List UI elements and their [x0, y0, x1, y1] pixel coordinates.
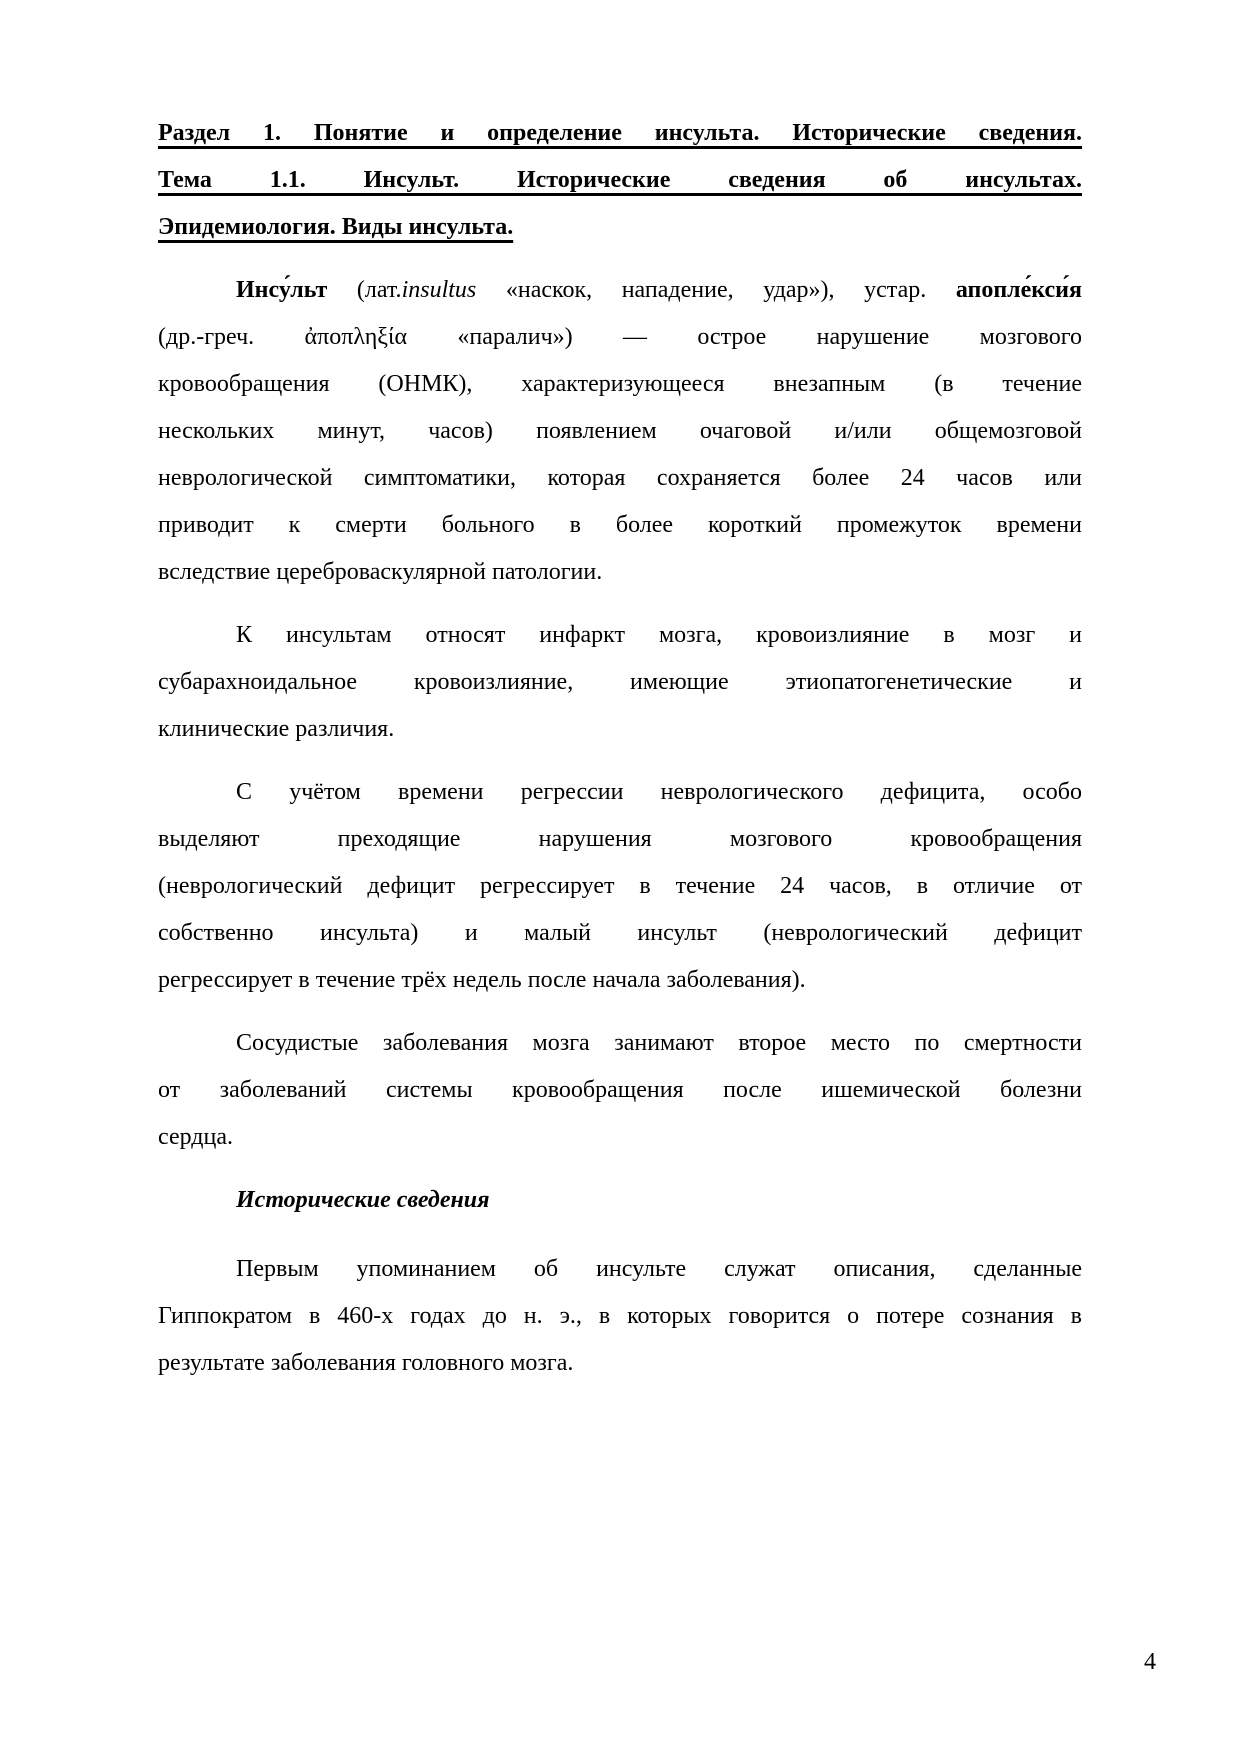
paragraph-definition-line-text: (др.-греч. ἀποπληξία «паралич») — острое…: [158, 324, 1082, 350]
text-run: от заболеваний системы кровообращения по…: [158, 1077, 1082, 1103]
page-number: 4: [1144, 1639, 1156, 1686]
text-run: собственно инсульта) и малый инсульт (не…: [158, 920, 1082, 946]
text-run: «наскок, нападение, удар»), устар.: [476, 277, 956, 303]
paragraph-types-line: клинические различия.: [158, 706, 1082, 753]
text-run: Эпидемиология. Виды инсульта.: [158, 214, 513, 240]
paragraph-first-mention: Первым упоминанием об инсульте служат оп…: [158, 1246, 1082, 1387]
section-heading: Раздел 1. Понятие и определение инсульта…: [158, 110, 1082, 157]
text-run: приводит к смерти больного в более корот…: [158, 512, 1082, 538]
text-run: сердца.: [158, 1124, 233, 1150]
paragraph-definition-line: вследствие цереброваскулярной патологии.: [158, 549, 1082, 596]
paragraph-first-mention-line-text: Первым упоминанием об инсульте служат оп…: [236, 1256, 1082, 1282]
term-insult: Инсу́льт: [236, 277, 327, 303]
term-apoplexia: апопле́кси́я: [956, 277, 1082, 303]
paragraph-regression-line: (неврологический дефицит регрессирует в …: [158, 863, 1082, 910]
paragraph-mortality-line-text: сердца.: [158, 1124, 233, 1150]
paragraph-mortality-line: сердца.: [158, 1114, 1082, 1161]
topic-heading-line-text: Тема 1.1. Инсульт. Исторические сведения…: [158, 167, 1082, 193]
paragraph-first-mention-line-text: Гиппократом в 460-х годах до н. э., в ко…: [158, 1303, 1082, 1329]
paragraph-regression-line-text: С учётом времени регрессии неврологическ…: [236, 779, 1082, 805]
topic-heading-line: Эпидемиология. Виды инсульта.: [158, 204, 1082, 251]
text-run: выделяют преходящие нарушения мозгового …: [158, 826, 1082, 852]
paragraph-definition-line: (др.-греч. ἀποπληξία «паралич») — острое…: [158, 314, 1082, 361]
history-subheading-line: Исторические сведения: [158, 1177, 1082, 1224]
text-run: регрессирует в течение трёх недель после…: [158, 967, 806, 993]
text-run: Гиппократом в 460-х годах до н. э., в ко…: [158, 1303, 1082, 1329]
paragraph-regression-line-text: выделяют преходящие нарушения мозгового …: [158, 826, 1082, 852]
paragraph-regression-line-text: (неврологический дефицит регрессирует в …: [158, 873, 1082, 899]
paragraph-definition-line: неврологической симптоматики, которая со…: [158, 455, 1082, 502]
text-run: К инсультам относят инфаркт мозга, крово…: [236, 622, 1082, 648]
paragraph-first-mention-line: результате заболевания головного мозга.: [158, 1340, 1082, 1387]
topic-heading-line: Тема 1.1. Инсульт. Исторические сведения…: [158, 157, 1082, 204]
paragraph-definition-line-text: приводит к смерти больного в более корот…: [158, 512, 1082, 538]
text-run: результате заболевания головного мозга.: [158, 1350, 573, 1376]
paragraph-regression-line: регрессирует в течение трёх недель после…: [158, 957, 1082, 1004]
history-subheading-text: Исторические сведения: [236, 1187, 490, 1213]
paragraph-definition-line-text: нескольких минут, часов) появлением очаг…: [158, 418, 1082, 444]
paragraph-definition-line: приводит к смерти больного в более корот…: [158, 502, 1082, 549]
topic-heading: Тема 1.1. Инсульт. Исторические сведения…: [158, 157, 1082, 251]
paragraph-mortality: Сосудистые заболевания мозга занимают вт…: [158, 1020, 1082, 1161]
paragraph-regression-line: выделяют преходящие нарушения мозгового …: [158, 816, 1082, 863]
text-run: неврологической симптоматики, которая со…: [158, 465, 1082, 491]
text-run: клинические различия.: [158, 716, 394, 742]
text-run: (др.-греч. ἀποπληξία «паралич») — острое…: [158, 324, 1082, 350]
paragraph-definition-line-text: неврологической симптоматики, которая со…: [158, 465, 1082, 491]
text-run: субарахноидальное кровоизлияние, имеющие…: [158, 669, 1082, 695]
paragraph-definition-line: нескольких минут, часов) появлением очаг…: [158, 408, 1082, 455]
text-run: вследствие цереброваскулярной патологии.: [158, 559, 602, 585]
text-run: Первым упоминанием об инсульте служат оп…: [236, 1256, 1082, 1282]
paragraph-definition-line-text: кровообращения (ОНМК), характеризующееся…: [158, 371, 1082, 397]
paragraph-types: К инсультам относят инфаркт мозга, крово…: [158, 612, 1082, 753]
paragraph-regression-line: собственно инсульта) и малый инсульт (не…: [158, 910, 1082, 957]
text-run: Раздел 1. Понятие и определение инсульта…: [158, 120, 1082, 146]
paragraph-definition-line-text: Инсу́льт (лат.insultus «наскок, нападени…: [236, 277, 1082, 303]
paragraph-regression-line-text: регрессирует в течение трёх недель после…: [158, 967, 806, 993]
paragraph-definition: Инсу́льт (лат.insultus «наскок, нападени…: [158, 267, 1082, 596]
paragraph-mortality-line-text: Сосудистые заболевания мозга занимают вт…: [236, 1030, 1082, 1056]
history-subheading: Исторические сведения: [158, 1177, 1082, 1224]
text-run: Сосудистые заболевания мозга занимают вт…: [236, 1030, 1082, 1056]
paragraph-definition-line: Инсу́льт (лат.insultus «наскок, нападени…: [158, 267, 1082, 314]
text-run: Тема 1.1. Инсульт. Исторические сведения…: [158, 167, 1082, 193]
history-subheading-line-text: Исторические сведения: [236, 1187, 490, 1213]
topic-heading-line-text: Эпидемиология. Виды инсульта.: [158, 214, 513, 240]
paragraph-regression: С учётом времени регрессии неврологическ…: [158, 769, 1082, 1004]
text-run: кровообращения (ОНМК), характеризующееся…: [158, 371, 1082, 397]
document-content: Раздел 1. Понятие и определение инсульта…: [158, 110, 1082, 1387]
latin-term-insultus: insultus: [402, 277, 477, 303]
text-run: С учётом времени регрессии неврологическ…: [236, 779, 1082, 805]
paragraph-types-line: К инсультам относят инфаркт мозга, крово…: [158, 612, 1082, 659]
paragraph-definition-line: кровообращения (ОНМК), характеризующееся…: [158, 361, 1082, 408]
paragraph-regression-line-text: собственно инсульта) и малый инсульт (не…: [158, 920, 1082, 946]
paragraph-regression-line: С учётом времени регрессии неврологическ…: [158, 769, 1082, 816]
section-heading-line: Раздел 1. Понятие и определение инсульта…: [158, 110, 1082, 157]
text-run: (неврологический дефицит регрессирует в …: [158, 873, 1082, 899]
paragraph-mortality-line-text: от заболеваний системы кровообращения по…: [158, 1077, 1082, 1103]
paragraph-mortality-line: Сосудистые заболевания мозга занимают вт…: [158, 1020, 1082, 1067]
paragraph-types-line-text: субарахноидальное кровоизлияние, имеющие…: [158, 669, 1082, 695]
paragraph-definition-line-text: вследствие цереброваскулярной патологии.: [158, 559, 602, 585]
paragraph-types-line-text: К инсультам относят инфаркт мозга, крово…: [236, 622, 1082, 648]
paragraph-mortality-line: от заболеваний системы кровообращения по…: [158, 1067, 1082, 1114]
text-run: (лат.: [327, 277, 401, 303]
paragraph-first-mention-line-text: результате заболевания головного мозга.: [158, 1350, 573, 1376]
paragraph-first-mention-line: Гиппократом в 460-х годах до н. э., в ко…: [158, 1293, 1082, 1340]
paragraph-first-mention-line: Первым упоминанием об инсульте служат оп…: [158, 1246, 1082, 1293]
paragraph-types-line-text: клинические различия.: [158, 716, 394, 742]
section-heading-line-text: Раздел 1. Понятие и определение инсульта…: [158, 120, 1082, 146]
document-page: Раздел 1. Понятие и определение инсульта…: [0, 0, 1240, 1754]
paragraph-types-line: субарахноидальное кровоизлияние, имеющие…: [158, 659, 1082, 706]
text-run: нескольких минут, часов) появлением очаг…: [158, 418, 1082, 444]
